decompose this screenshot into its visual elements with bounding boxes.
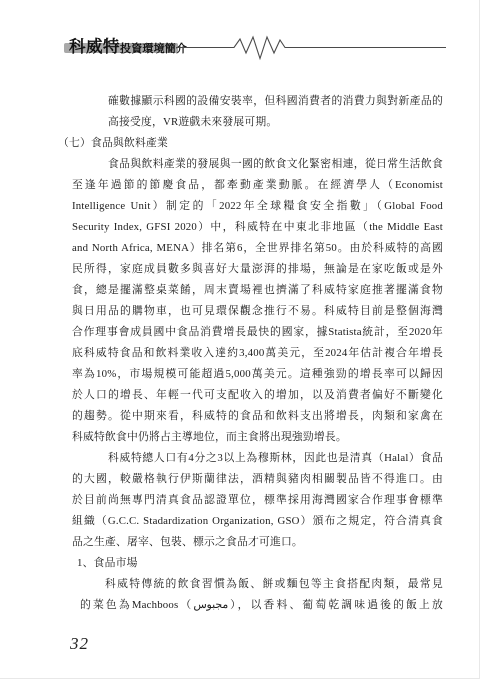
text-line: 品之生產、屠宰、包裝、標示之食品才可進口。: [72, 532, 443, 553]
text-line: 於人口的增長、年輕一代可支配收入的增加，以及消費者偏好不斷變化: [72, 385, 443, 406]
text-line: 與日用品的購物車，也可見環保觀念推行不易。科威特目前是整個海灣: [72, 301, 443, 322]
text-line: （七）食品與飲料產業: [58, 133, 443, 154]
text-line: 民所得，家庭成員數多與喜好大量澎湃的排場，無論是在家吃飯或是外: [72, 259, 443, 280]
text-line: 1、食品市場: [77, 553, 443, 574]
header-title-main: 科威特: [69, 33, 120, 57]
text-line: 的菜色為Machboos（مجبوس），以香料、葡萄乾調味過後的飯上放: [80, 595, 443, 616]
text-line: 底科威特食品和飲料業收入達約3,400萬美元，至2024年估計複合年增長: [72, 343, 443, 364]
text-line: 食品與飲料產業的發展與一國的飲食文化緊密相連，從日常生活飲食: [108, 154, 443, 175]
text-line: Security Index, GFSI 2020）中，科威特在中東北非地區（t…: [72, 217, 443, 238]
text-line: and North Africa, MENA）排名第6，全世界排名第50。由於科…: [72, 238, 443, 259]
text-line: 的大國，較嚴格執行伊斯蘭律法，酒精與豬肉相關製品皆不得進口。由: [72, 469, 443, 490]
text-line: 確數據顯示科國的設備安裝率，但科國消費者的消費力與對新產品的: [108, 91, 443, 112]
text-line: 組織（G.C.C. Stadardization Organization, G…: [72, 511, 443, 532]
text-line: Intelligence Unit）制定的「2022年全球糧食安全指數」（Glo…: [72, 196, 443, 217]
text-line: 科威特總人口有4分之3以上為穆斯林，因此也是清真（Halal）食品: [108, 448, 443, 469]
text-line: 食，總是擺滿整桌菜餚，周末賣場裡也擠滿了科威特家庭推著擺滿食物: [72, 280, 443, 301]
pulse-line-icon: [176, 35, 446, 62]
document-page: 科威特投資環境簡介 確數據顯示科國的設備安裝率，但科國消費者的消費力與對新產品的…: [0, 0, 480, 679]
page-number: 32: [70, 634, 89, 654]
text-line: 率為10%，市場規模可能超過5,000萬美元。這種強勁的增長率可以歸因: [72, 364, 443, 385]
text-line: 的趨勢。從中期來看，科威特的食品和飲料支出將增長，肉類和家禽在: [72, 406, 443, 427]
text-line: 科威特傳統的飲食習慣為飯、餅或麵包等主食搭配肉類，最常見: [105, 574, 443, 595]
text-line: 高接受度，VR遊戲未來發展可期。: [108, 112, 443, 133]
page-header-title: 科威特投資環境簡介: [69, 33, 187, 57]
text-line: 於目前尚無專門清真食品認證單位，標準採用海灣國家合作理事會標準: [72, 490, 443, 511]
text-line: 合作理事會成員國中食品消費增長最快的國家，據Statista統計，至2020年: [72, 322, 443, 343]
text-line: 科威特飲食中仍將占主導地位，而主食將出現強勁增長。: [72, 427, 443, 448]
text-line: 至逢年過節的節慶食品，都牽動產業動脈。在經濟學人（Economist: [72, 175, 443, 196]
body-text: 確數據顯示科國的設備安裝率，但科國消費者的消費力與對新產品的高接受度，VR遊戲未…: [0, 91, 480, 616]
